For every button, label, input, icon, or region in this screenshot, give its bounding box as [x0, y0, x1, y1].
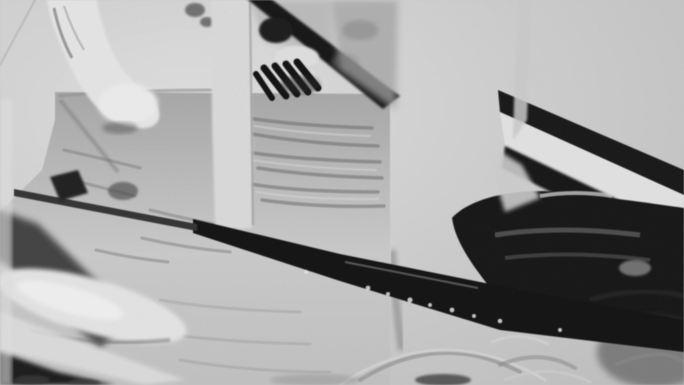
film-grain-light	[0, 0, 684, 385]
photo	[0, 0, 684, 385]
film-frame	[0, 0, 684, 385]
